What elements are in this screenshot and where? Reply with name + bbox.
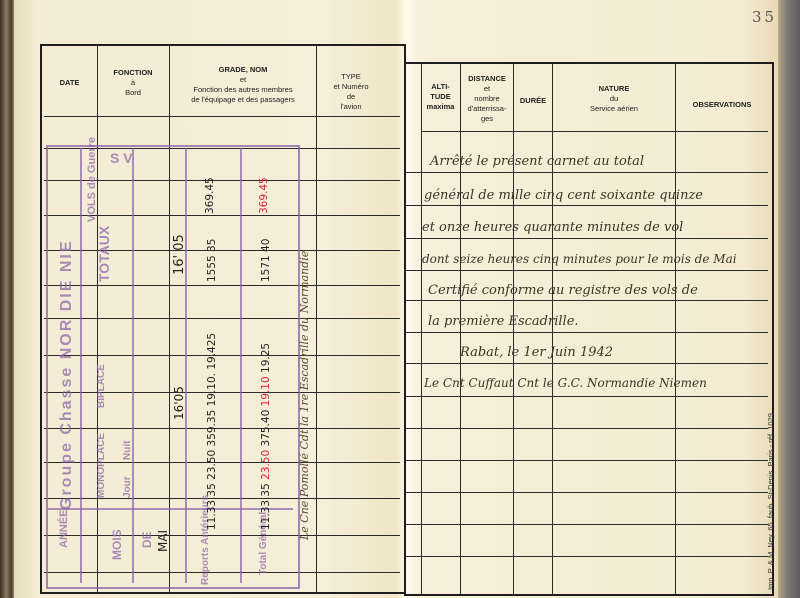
handwritten-line: général de mille cinq cent soixante quin… — [424, 188, 703, 203]
row-line — [406, 363, 768, 364]
stamp-text: V — [123, 150, 132, 166]
page-edge — [778, 0, 800, 598]
header-grade-title: GRADE, NOM — [219, 65, 268, 74]
total-value: 19.25 — [260, 343, 272, 373]
header-observations: OBSERVATIONS — [676, 100, 768, 110]
header-distance-line: ges — [461, 114, 513, 124]
stamp-rule — [80, 148, 82, 583]
stamp-rule — [132, 148, 134, 583]
header-nature: NATURE du Service aérien — [553, 84, 675, 114]
stamp-annee: ANNÉE — [58, 509, 70, 548]
row-line — [406, 172, 768, 173]
stamp-de: DE — [140, 531, 154, 548]
col2-totaux-value: 1571 40 — [260, 239, 272, 282]
header-fonction-line: Bord — [98, 88, 168, 98]
stamp-text: DIE — [58, 279, 75, 312]
handwritten-line: et onze heures quarante minutes de vol — [422, 220, 683, 235]
row-line — [406, 238, 768, 239]
stamp-mois: MOIS — [110, 529, 124, 560]
row-line — [406, 460, 768, 461]
stamp-text: Groupe — [58, 441, 75, 510]
commander-vertical-note: Le Cne Pomollé Cdt la 1re Escadrille du … — [298, 251, 311, 540]
header-altitude-line: maxima — [421, 102, 460, 112]
col1-totaux-value: 1555 35 — [206, 239, 218, 282]
header-rule — [422, 131, 768, 132]
stamp-jour: Jour — [122, 476, 133, 498]
header-fonction-title: FONCTION — [113, 68, 152, 77]
reports-value: 359.35 — [206, 410, 218, 447]
header-type-line: de — [318, 92, 384, 102]
row-line — [406, 556, 768, 557]
col-divider — [513, 64, 514, 596]
totaux-guerre-value: 16' 05 — [172, 234, 187, 275]
row-line — [406, 524, 768, 525]
stamp-text: Reports — [200, 547, 211, 585]
stamp-text: VOLS — [86, 192, 98, 222]
stamp-sv: S V — [110, 150, 133, 166]
header-distance-line: et — [461, 84, 513, 94]
stamp-rule — [240, 148, 242, 583]
row-line — [406, 428, 768, 429]
stamp-text: Chasse — [58, 366, 75, 435]
header-type: TYPE et Numéro de l'avion — [318, 72, 384, 112]
handwritten-line: dont seize heures cinq minutes pour le m… — [422, 252, 737, 266]
handwritten-line: Arrêté le présent carnet au total — [430, 154, 644, 169]
row-line — [406, 205, 768, 206]
handwritten-line: Rabat, le 1er Juin 1942 — [460, 345, 613, 360]
header-grade-line: de l'équipage et des passagers — [170, 95, 316, 105]
col-divider — [316, 46, 317, 594]
reports-row: 11.33.35 23.50 359.35 19.10. 19.425 — [206, 333, 218, 530]
stamp-text: Total — [258, 552, 269, 575]
row-line — [406, 270, 768, 271]
header-rule — [44, 116, 400, 117]
stamp-text: de — [86, 176, 98, 189]
stamp-text: S — [110, 150, 119, 166]
stamp-rule — [185, 148, 187, 583]
stamp-unit: Groupe Chasse NOR DIE NIE — [58, 239, 76, 510]
handwritten-line: la première Escadrille. — [428, 314, 579, 329]
month-name: MAI — [156, 530, 170, 552]
stamp-totaux: TOTAUX — [96, 226, 112, 282]
reports-value: 11.33.35 — [206, 483, 218, 530]
stamp-text: NIE — [58, 239, 75, 272]
header-distance-line: nombre — [461, 94, 513, 104]
col1-guerre-value: 369.45 — [204, 177, 216, 214]
handwritten-line: Le Cnt Cuffaut Cnt le G.C. Normandie Nie… — [424, 376, 707, 390]
reports-value: 23.50 — [206, 450, 218, 480]
stamp-text: NOR — [58, 318, 75, 360]
reports-value: 19.10. — [206, 373, 218, 406]
stamp-monoplace: MONOPLACE — [96, 433, 107, 498]
col2-guerre-value: 369.45 — [258, 177, 270, 214]
header-distance-line: DISTANCE — [461, 74, 513, 84]
header-nature-line: NATURE — [553, 84, 675, 94]
row-line — [406, 300, 768, 301]
handwritten-line: Certifié conforme au registre des vols d… — [428, 283, 698, 298]
header-type-title: TYPE — [318, 72, 384, 82]
header-altitude: ALTI- TUDE maxima — [421, 82, 460, 112]
row-line — [406, 332, 768, 333]
logbook-spread: 35 DATE FONCTION à Bord GRADE, NOM et Fo… — [0, 0, 800, 598]
header-date: DATE — [42, 78, 97, 88]
header-nature-line: du — [553, 94, 675, 104]
header-distance: DISTANCE et nombre d'atterrissa- ges — [461, 74, 513, 124]
header-distance-line: d'atterrissa- — [461, 104, 513, 114]
header-nature-line: Service aérien — [553, 104, 675, 114]
header-grade-line: et — [170, 75, 316, 85]
header-altitude-line: TUDE — [421, 92, 460, 102]
header-altitude-line: ALTI- — [421, 82, 460, 92]
header-type-line: l'avion — [318, 102, 384, 112]
col-divider — [421, 64, 422, 596]
total-value-red: 23.50 — [260, 450, 272, 480]
header-type-line: et Numéro — [318, 82, 384, 92]
stamp-rule — [48, 508, 293, 510]
total-value: 11.33.35 — [260, 483, 272, 530]
stamp-vols-de-guerre: VOLS de Guerre — [86, 137, 98, 222]
header-fonction-line: à — [98, 78, 168, 88]
printer-imprint: Imp. P. & M. Ney, 65, faub. St-Denis. Pa… — [766, 413, 775, 590]
row-line — [406, 492, 768, 493]
total-value-red: 19.10 — [260, 376, 272, 406]
stamp-nuit: Nuit — [122, 441, 133, 460]
page-number: 35 — [752, 8, 777, 26]
stamp-text: Guerre — [86, 137, 98, 173]
header-fonction: FONCTION à Bord — [98, 68, 168, 98]
col-divider — [675, 64, 676, 596]
total-row: 11.33.35 23.50 375.40 19.10 19.25 — [260, 343, 272, 530]
total-value: 375.40 — [260, 410, 272, 447]
month-hours-value: 16'05 — [172, 386, 186, 420]
stamp-biplace: BIPLACE — [96, 364, 107, 408]
header-duree: DURÉE — [514, 96, 552, 106]
col-divider — [552, 64, 553, 596]
header-grade-line: Fonction des autres membres — [170, 85, 316, 95]
col-divider — [460, 64, 461, 596]
row-line — [406, 396, 768, 397]
reports-value: 19.425 — [206, 333, 218, 370]
header-grade: GRADE, NOM et Fonction des autres membre… — [170, 65, 316, 105]
